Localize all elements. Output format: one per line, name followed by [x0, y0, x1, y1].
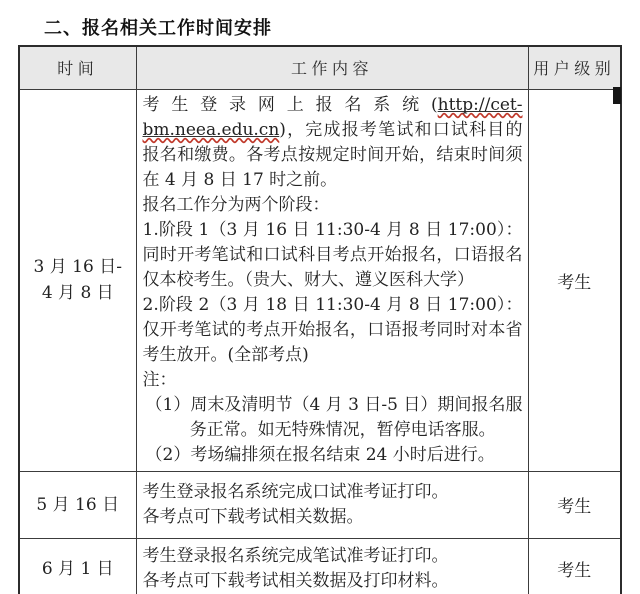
content-line: 考生登录报名系统完成笔试准考证打印。	[143, 544, 523, 569]
note-label: 注：	[143, 368, 523, 393]
table-row-registration-period: 3 月 16 日- 4 月 8 日 考生登录网上报名系统(http://cet-…	[19, 89, 621, 471]
paragraph-phase-2: 2.阶段 2（3 月 18 日 11:30-4 月 8 日 17:00）：仅开考…	[143, 293, 523, 368]
time-cell: 5 月 16 日	[19, 471, 136, 538]
schedule-table: 时间 工作内容 用户级别 3 月 16 日- 4 月 8 日 考生登录网上报名系…	[18, 45, 622, 594]
paragraph-phases-intro: 报名工作分为两个阶段：	[143, 193, 523, 218]
note-2: （2）考场编排须在报名结束 24 小时后进行。	[146, 443, 523, 468]
time-line: 4 月 8 日	[20, 280, 136, 306]
text-cursor-artifact	[613, 87, 621, 104]
header-user-level: 用户级别	[528, 46, 621, 89]
table-row-oral-admission-ticket: 5 月 16 日 考生登录报名系统完成口试准考证打印。 各考点可下载考试相关数据…	[19, 471, 621, 538]
header-time: 时间	[19, 46, 136, 89]
table-row-written-admission-ticket: 6 月 1 日 考生登录报名系统完成笔试准考证打印。 各考点可下载考试相关数据及…	[19, 538, 621, 594]
work-content-cell: 考生登录报名系统完成口试准考证打印。 各考点可下载考试相关数据。	[136, 471, 528, 538]
paragraph-registration: 考生登录网上报名系统(http://cet-bm.neea.edu.cn)，完成…	[143, 93, 523, 193]
paragraph-phase-1: 1.阶段 1（3 月 16 日 11:30-4 月 8 日 17:00）：同时开…	[143, 218, 523, 293]
work-content-cell: 考生登录网上报名系统(http://cet-bm.neea.edu.cn)，完成…	[136, 89, 528, 471]
registration-text-before-url: 考生登录网上报名系统(	[143, 95, 438, 115]
table-header-row: 时间 工作内容 用户级别	[19, 46, 621, 89]
time-cell: 6 月 1 日	[19, 538, 136, 594]
user-level-cell: 考生	[528, 471, 621, 538]
content-line: 各考点可下载考试相关数据及打印材料。	[143, 569, 523, 594]
note-1: （1）周末及清明节（4 月 3 日-5 日）期间报名服务正常。如无特殊情况，暂停…	[146, 393, 523, 443]
document-page: 二、报名相关工作时间安排 时间 工作内容 用户级别 3 月 16 日- 4 月 …	[0, 0, 640, 594]
user-level-cell: 考生	[528, 89, 621, 471]
time-line: 3 月 16 日-	[20, 254, 136, 280]
section-title: 二、报名相关工作时间安排	[44, 14, 272, 40]
work-content-cell: 考生登录报名系统完成笔试准考证打印。 各考点可下载考试相关数据及打印材料。	[136, 538, 528, 594]
user-level-cell: 考生	[528, 538, 621, 594]
content-line: 考生登录报名系统完成口试准考证打印。	[143, 480, 523, 505]
content-line: 各考点可下载考试相关数据。	[143, 505, 523, 530]
time-cell: 3 月 16 日- 4 月 8 日	[19, 89, 136, 471]
header-work-content: 工作内容	[136, 46, 528, 89]
